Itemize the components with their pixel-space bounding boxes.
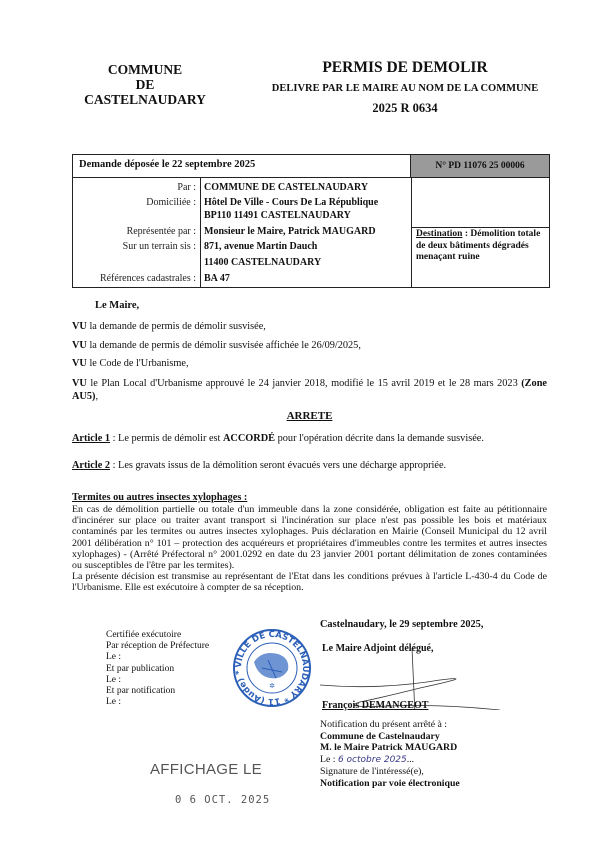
commune-line: DE (70, 77, 220, 92)
signatory-name: François DEMANGEOT (322, 700, 428, 711)
commune-name: COMMUNE DE CASTELNAUDARY (70, 62, 220, 107)
document-title: PERMIS DE DEMOLIR (235, 58, 575, 78)
notif-line: Signature de l'intéressé(e), (320, 766, 460, 778)
arrete-title: ARRETE (72, 410, 547, 422)
table-divider (200, 177, 201, 288)
certif-line: Par réception de Préfecture (106, 641, 209, 652)
certif-line: Le : (106, 675, 209, 686)
vu-item: VU la demande de permis de démolir susvi… (72, 337, 547, 356)
article-2: Article 2 : Les gravats issus de la démo… (72, 460, 547, 471)
row-label-representee: Représentée par : (127, 226, 196, 237)
certif-line: Le : (106, 652, 209, 663)
row-value-representee: Monsieur le Maire, Patrick MAUGARD (204, 226, 376, 237)
row-value-terrain: 871, avenue Martin Dauch (204, 241, 317, 252)
notif-line: Commune de Castelnaudary (320, 731, 460, 743)
handwritten-date: 6 octobre 2025 (338, 755, 407, 765)
vu-item: VU la demande de permis de démolir susvi… (72, 318, 547, 337)
row-value-par: COMMUNE DE CASTELNAUDARY (204, 182, 368, 193)
row-label-terrain: Sur un terrain sis : (123, 241, 196, 252)
row-value-terrain-2: 11400 CASTELNAUDARY (204, 257, 321, 268)
certif-line: Et par publication (106, 664, 209, 675)
transmission-text: La présente décision est transmise au re… (72, 571, 547, 593)
le-maire: Le Maire, (95, 300, 139, 311)
termites-title: Termites ou autres insectes xylophages : (72, 492, 247, 503)
certif-line: Et par notification (106, 686, 209, 697)
row-value-domiciliee: Hôtel De Ville - Cours De La République (204, 197, 378, 208)
certif-line: Certifiée exécutoire (106, 630, 209, 641)
destination-label: Destination (416, 229, 462, 239)
row-value-cadastre: BA 47 (204, 273, 230, 284)
notif-date-line: Le : 6 octobre 2025... (320, 754, 460, 767)
title-block: PERMIS DE DEMOLIR DELIVRE PAR LE MAIRE A… (235, 58, 575, 117)
notification-block: Notification du présent arrêté à : Commu… (320, 719, 460, 789)
request-info-table: Demande déposée le 22 septembre 2025 N° … (72, 154, 550, 288)
destination: Destination : Démolition totale de deux … (416, 229, 548, 264)
notif-line: Notification par voie électronique (320, 778, 460, 790)
signature-place-date: Castelnaudary, le 29 septembre 2025, (320, 619, 483, 630)
permit-number: N° PD 11076 25 00006 (410, 155, 549, 177)
row-label-domiciliee: Domiciliée : (146, 197, 196, 208)
request-date: Demande déposée le 22 septembre 2025 (79, 159, 255, 170)
row-label-cadastre: Références cadastrales : (100, 273, 196, 284)
article-1: Article 1 : Le permis de démolir est ACC… (72, 433, 547, 444)
document-reference: 2025 R 0634 (235, 99, 575, 117)
certification-block: Certifiée exécutoire Par réception de Pr… (106, 630, 209, 708)
commune-line: CASTELNAUDARY (70, 92, 220, 107)
table-divider (411, 177, 412, 288)
vu-item: VU le Code de l'Urbanisme, (72, 355, 547, 374)
vu-item: VU le Plan Local d'Urbanisme approuvé le… (72, 374, 547, 403)
table-divider (412, 227, 550, 228)
commune-line: COMMUNE (70, 62, 220, 77)
affichage-stamp-label: AFFICHAGE LE (150, 761, 262, 778)
affichage-stamp-date: 0 6 OCT. 2025 (175, 794, 270, 806)
row-label-par: Par : (177, 182, 196, 193)
notif-line: Notification du présent arrêté à : (320, 719, 460, 731)
termites-text: En cas de démolition partielle ou totale… (72, 504, 547, 571)
document-subtitle: DELIVRE PAR LE MAIRE AU NOM DE LA COMMUN… (235, 80, 575, 97)
signature-scribble (240, 630, 500, 710)
certif-line: Le : (106, 697, 209, 708)
notif-line: M. le Maire Patrick MAUGARD (320, 742, 460, 754)
vu-list: VU la demande de permis de démolir susvi… (72, 318, 547, 403)
signatory-role: Le Maire Adjoint délégué, (322, 643, 433, 654)
row-value-domiciliee-2: BP110 11491 CASTELNAUDARY (204, 210, 351, 221)
table-header: Demande déposée le 22 septembre 2025 N° … (73, 155, 549, 178)
